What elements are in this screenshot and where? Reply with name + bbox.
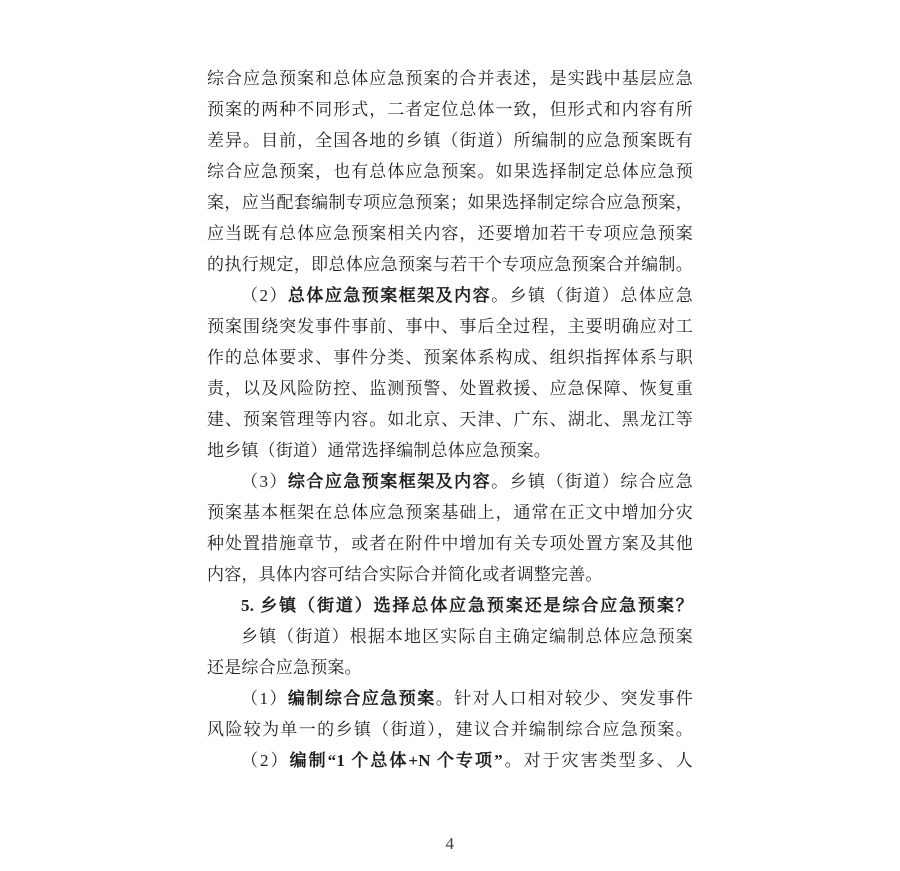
text-run: 。乡镇（街道）综合应急 [491,472,693,491]
text-line: 内容，具体内容可结合实际合并简化或者调整完善。 [207,559,693,590]
text-line: 预案的两种不同形式，二者定位总体一致，但形式和内容有所 [207,94,693,125]
text-run: 差异。目前，全国各地的乡镇（街道）所编制的应急预案既有 [207,131,693,150]
text-line: 5. 乡镇（街道）选择总体应急预案还是综合应急预案？ [207,590,693,621]
text-run: 。对于灾害类型多、人 [503,751,693,770]
text-run: 案，应当配套编制专项应急预案；如果选择制定综合应急预案， [207,193,693,212]
text-run: 乡镇（街道）根据本地区实际自主确定编制总体应急预案 [241,627,693,646]
bold-text-run: 综合应急预案框架及内容 [288,472,491,491]
text-line: （1）编制综合应急预案。针对人口相对较少、突发事件 [207,683,693,714]
text-line: 案，应当配套编制专项应急预案；如果选择制定综合应急预案， [207,187,693,218]
bold-text-run: 5. 乡镇（街道）选择总体应急预案还是综合应急预案？ [241,596,693,615]
text-run: 预案基本框架在总体应急预案基础上，通常在正文中增加分灾 [207,503,693,522]
text-line: 风险较为单一的乡镇（街道），建议合并编制综合应急预案。 [207,714,693,745]
text-line: 地乡镇（街道）通常选择编制总体应急预案。 [207,435,693,466]
text-run: （3） [241,472,288,491]
text-run: 作的总体要求、事件分类、预案体系构成、组织指挥体系与职 [207,348,693,367]
text-run: 风险较为单一的乡镇（街道），建议合并编制综合应急预案。 [207,720,693,739]
text-line: （2）总体应急预案框架及内容。乡镇（街道）总体应急 [207,280,693,311]
bold-text-run: 编制综合应急预案 [288,689,436,708]
text-run: 地乡镇（街道）通常选择编制总体应急预案。 [207,441,551,460]
page-number: 4 [0,834,900,854]
text-run: 责，以及风险防控、监测预警、处置救援、应急保障、恢复重 [207,379,693,398]
text-line: 乡镇（街道）根据本地区实际自主确定编制总体应急预案 [207,621,693,652]
text-line: （2）编制“1 个总体+N 个专项”。对于灾害类型多、人 [207,745,693,776]
text-line: 建、预案管理等内容。如北京、天津、广东、湖北、黑龙江等 [207,404,693,435]
text-run: 预案围绕突发事件事前、事中、事后全过程，主要明确应对工 [207,317,693,336]
text-line: 综合应急预案和总体应急预案的合并表述，是实践中基层应急 [207,63,693,94]
text-line: 综合应急预案，也有总体应急预案。如果选择制定总体应急预 [207,156,693,187]
text-line: 的执行规定，即总体应急预案与若干个专项应急预案合并编制。 [207,249,693,280]
text-line: 应当既有总体应急预案相关内容，还要增加若干专项应急预案 [207,218,693,249]
text-line: 作的总体要求、事件分类、预案体系构成、组织指挥体系与职 [207,342,693,373]
text-line: 责，以及风险防控、监测预警、处置救援、应急保障、恢复重 [207,373,693,404]
text-run: （2） [241,751,290,770]
text-run: 综合应急预案和总体应急预案的合并表述，是实践中基层应急 [207,69,693,88]
text-run: 综合应急预案，也有总体应急预案。如果选择制定总体应急预 [207,162,693,181]
text-run: 还是综合应急预案。 [207,658,362,677]
text-line: （3）综合应急预案框架及内容。乡镇（街道）综合应急 [207,466,693,497]
text-run: （2） [241,286,288,305]
text-run: 建、预案管理等内容。如北京、天津、广东、湖北、黑龙江等 [207,410,693,429]
text-run: 的执行规定，即总体应急预案与若干个专项应急预案合并编制。 [207,255,693,274]
text-run: 应当既有总体应急预案相关内容，还要增加若干专项应急预案 [207,224,693,243]
text-run: 内容，具体内容可结合实际合并简化或者调整完善。 [207,565,603,584]
text-run: （1） [241,689,288,708]
text-line: 还是综合应急预案。 [207,652,693,683]
document-text-block: 综合应急预案和总体应急预案的合并表述，是实践中基层应急预案的两种不同形式，二者定… [207,63,693,776]
bold-text-run: 总体应急预案框架及内容 [288,286,491,305]
text-run: 种处置措施章节，或者在附件中增加有关专项处置方案及其他 [207,534,693,553]
bold-text-run: 编制“1 个总体+N 个专项” [290,751,503,770]
text-run: 预案的两种不同形式，二者定位总体一致，但形式和内容有所 [207,100,693,119]
text-line: 预案围绕突发事件事前、事中、事后全过程，主要明确应对工 [207,311,693,342]
text-line: 预案基本框架在总体应急预案基础上，通常在正文中增加分灾 [207,497,693,528]
text-line: 种处置措施章节，或者在附件中增加有关专项处置方案及其他 [207,528,693,559]
text-run: 。乡镇（街道）总体应急 [491,286,693,305]
text-run: 。针对人口相对较少、突发事件 [436,689,693,708]
document-page: 综合应急预案和总体应急预案的合并表述，是实践中基层应急预案的两种不同形式，二者定… [0,0,900,871]
text-line: 差异。目前，全国各地的乡镇（街道）所编制的应急预案既有 [207,125,693,156]
